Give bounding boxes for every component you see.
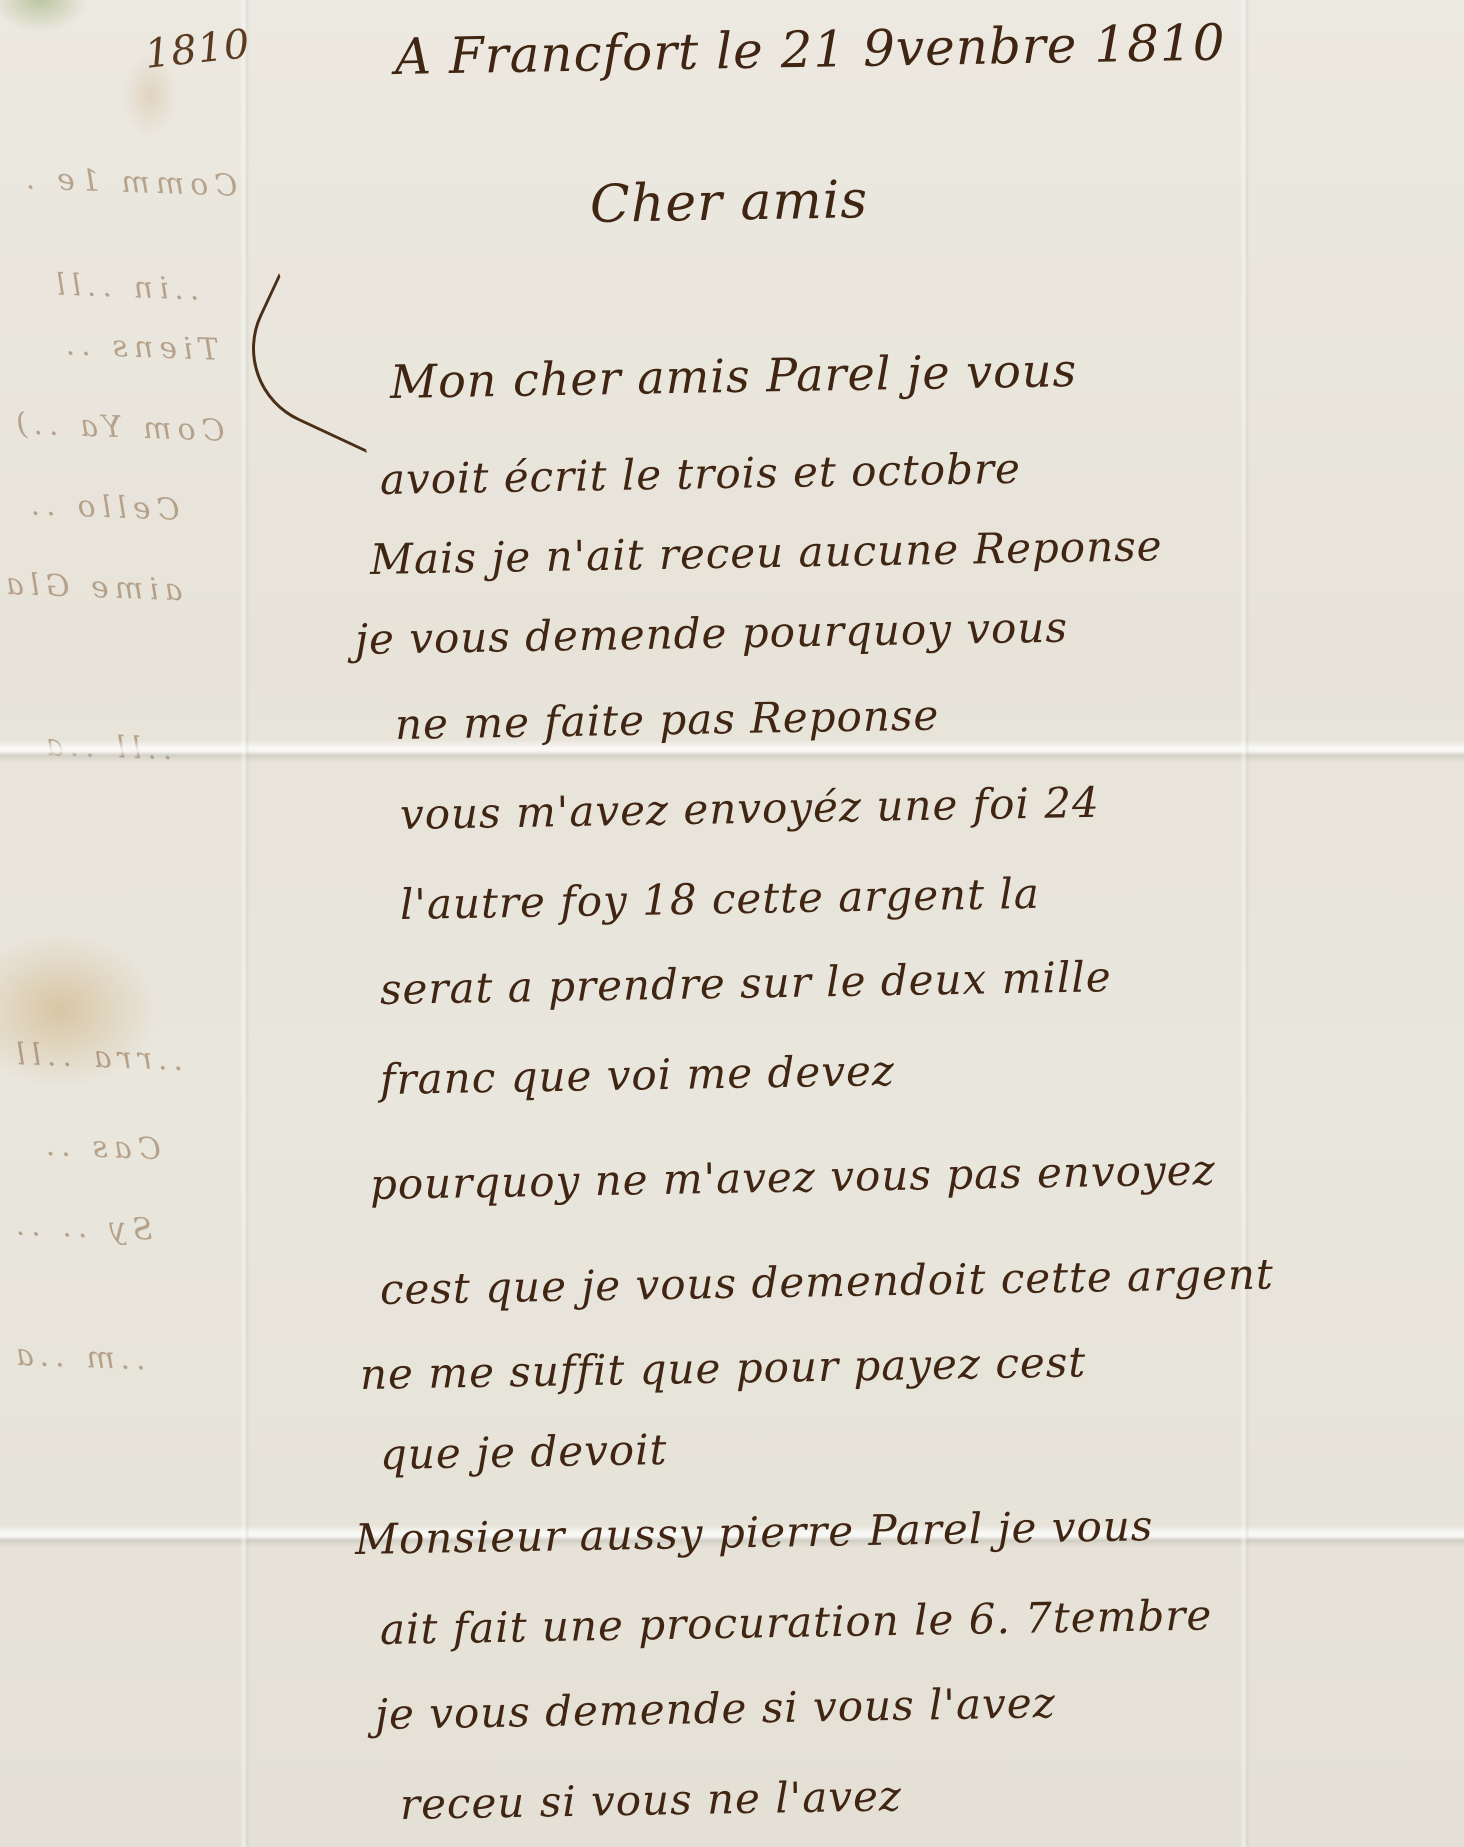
body-line: vous m'avez envoyéz une foi 24	[400, 778, 1101, 839]
bleed-through-line: ..m ..a	[9, 1338, 146, 1378]
fold-crease-vertical	[1240, 0, 1250, 1847]
bleed-through-line: Cello ..	[24, 487, 180, 527]
salutation: Cher amis	[589, 170, 868, 235]
body-line: ne me suffit que pour payez cest	[360, 1337, 1087, 1399]
letter-page: Comm 1e . ..in ..ll Tiens .. Com Ya ..) …	[0, 0, 1464, 1847]
fold-crease-vertical	[240, 0, 250, 1847]
body-line: Mais je n'ait receu aucune Reponse	[370, 521, 1163, 584]
body-line: franc que voi me devez	[380, 1046, 896, 1104]
bleed-through-line: ..rra ..ll	[9, 1037, 184, 1078]
body-line: ait fait une procuration le 6. 7tembre	[380, 1590, 1213, 1654]
bleed-through-line: Tiens ..	[59, 327, 219, 368]
place-date-heading: A Francfort le 21 9venbre 1810	[394, 14, 1225, 86]
body-line: Mon cher amis Parel je vous	[390, 343, 1078, 409]
body-line: que je devoit	[380, 1425, 668, 1479]
body-line: l'autre foy 18 cette argent la	[400, 869, 1041, 929]
body-line: cest que je vous demendoit cette argent	[380, 1249, 1275, 1314]
margin-year-note: 1810	[143, 21, 253, 78]
bleed-through-line: Comm 1e .	[19, 161, 237, 204]
body-line: Monsieur aussy pierre Parel je vous	[355, 1501, 1154, 1564]
body-line: ne me faite pas Reponse	[395, 691, 940, 749]
body-line: avoit écrit le trois et octobre	[380, 444, 1022, 504]
bleed-through-line: aime Gla	[0, 567, 183, 608]
body-line: je vous demende pourquoy vous	[355, 603, 1069, 664]
body-line: je vous demende si vous l'avez	[375, 1678, 1057, 1739]
bleed-through-line: Com Ya ..)	[9, 406, 225, 448]
bleed-through-line: Cas ..	[39, 1128, 161, 1167]
body-line: pourquoy ne m'avez vous pas envoyez	[370, 1145, 1216, 1209]
bleed-through-line: ..in ..ll	[49, 267, 200, 307]
body-line: receu si vous ne l'avez	[400, 1771, 903, 1829]
bleed-through-line: Sy .. ..	[9, 1208, 153, 1248]
body-line: serat a prendre sur le deux mille	[380, 952, 1112, 1014]
